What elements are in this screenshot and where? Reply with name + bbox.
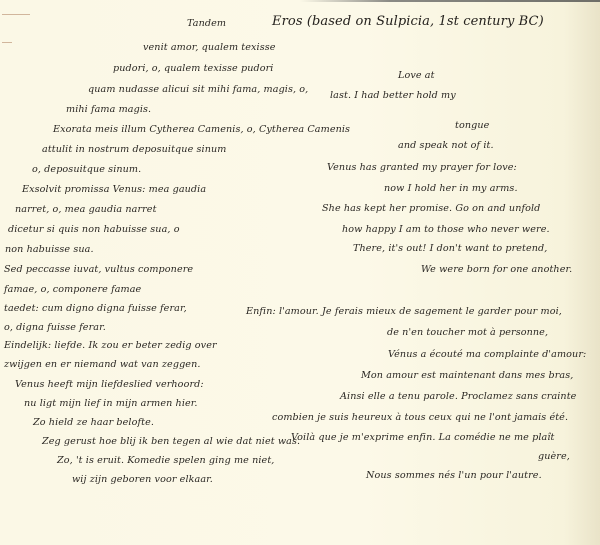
dutch-line: Zeg gerust hoe blij ik ben tegen al wie … (42, 436, 300, 448)
french-line: Enfin: l'amour. Je ferais mieux de sagem… (246, 306, 562, 318)
french-line: Ainsi elle a tenu parole. Proclamez sans… (340, 391, 576, 403)
latin-line: Sed peccasse iuvat, vultus componere (4, 264, 193, 276)
french-line: Voilà que je m'exprime enfin. La comédie… (291, 432, 554, 444)
english-line: We were born for one another. (421, 264, 572, 276)
french-line: de n'en toucher mot à personne, (387, 327, 548, 339)
english-line: how happy I am to those who never were. (342, 224, 550, 236)
latin-line: mihi fama magis. (66, 104, 151, 116)
english-line: last. I had better hold my (330, 90, 456, 102)
english-line: now I hold her in my arms. (384, 183, 518, 195)
french-line: Nous sommes nés l'un pour l'autre. (366, 470, 542, 482)
english-line: Venus has granted my prayer for love: (327, 162, 517, 174)
margin-mark (2, 14, 30, 15)
latin-line: o, digna fuisse ferar. (4, 322, 106, 334)
english-line: and speak not of it. (398, 140, 494, 152)
latin-line: non habuisse sua. (5, 244, 94, 256)
latin-line: famae, o, componere famae (4, 284, 141, 296)
latin-line: pudori, o, qualem texisse pudori (113, 63, 273, 75)
dutch-line: Venus heeft mijn liefdeslied verhoord: (15, 379, 204, 391)
margin-mark (2, 42, 12, 43)
poem-title: Eros (based on Sulpicia, 1st century BC) (272, 16, 544, 28)
dutch-line: Zo, 't is eruit. Komedie spelen ging me … (57, 455, 274, 467)
dutch-line: wij zijn geboren voor elkaar. (72, 474, 213, 486)
dutch-line: Zo hield ze haar belofte. (33, 417, 154, 429)
french-line: Mon amour est maintenant dans mes bras, (361, 370, 573, 382)
english-line: Love at (398, 70, 435, 82)
english-line: She has kept her promise. Go on and unfo… (322, 203, 540, 215)
english-line: There, it's out! I don't want to pretend… (353, 243, 547, 255)
header-left-word: Tandem (187, 18, 226, 30)
french-line: Vénus a écouté ma complainte d'amour: (388, 349, 586, 361)
latin-line: o, deposuitque sinum. (32, 164, 141, 176)
latin-line: Exsolvit promissa Venus: mea gaudia (22, 184, 206, 196)
latin-line: narret, o, mea gaudia narret (15, 204, 157, 216)
latin-line: attulit in nostrum deposuitque sinum (42, 144, 226, 156)
dutch-line: nu ligt mijn lief in mijn armen hier. (24, 398, 198, 410)
latin-line: dicetur si quis non habuisse sua, o (8, 224, 180, 236)
dutch-line: zwijgen en er niemand wat van zeggen. (4, 359, 201, 371)
latin-line: Exorata meis illum Cytherea Camenis, o, … (53, 124, 350, 136)
dutch-line: Eindelijk: liefde. Ik zou er beter zedig… (4, 340, 217, 352)
french-line: combien je suis heureux à tous ceux qui … (272, 412, 568, 424)
page-top-edge (300, 0, 600, 2)
english-line: tongue (455, 120, 489, 132)
latin-line: taedet: cum digno digna fuisse ferar, (4, 303, 187, 315)
latin-line: quam nudasse alicui sit mihi fama, magis… (88, 84, 308, 96)
french-line: guère, (538, 451, 570, 463)
latin-line: venit amor, qualem texisse (143, 42, 276, 54)
